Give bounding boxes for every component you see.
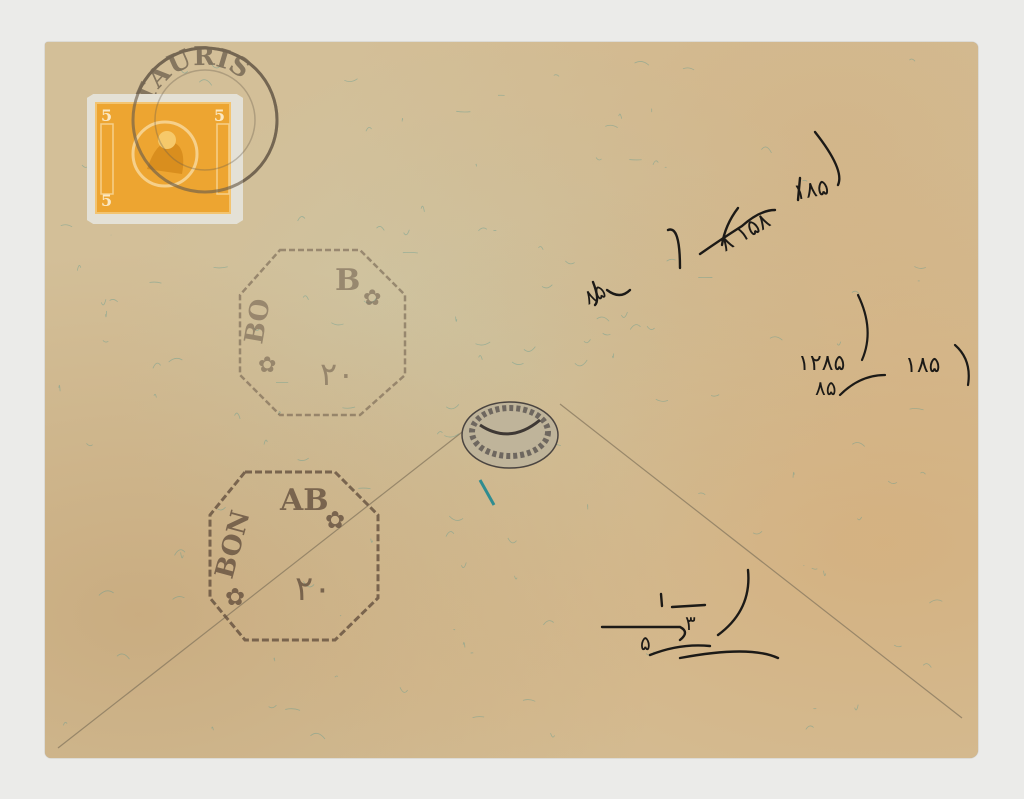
svg-text:B: B xyxy=(335,263,360,298)
svg-text:✿: ✿ xyxy=(325,506,345,534)
bonab-postmark-upper: B BO ۲۰ ✿ ✿ xyxy=(239,250,405,415)
svg-text:۲۰: ۲۰ xyxy=(320,355,354,393)
svg-text:BON: BON xyxy=(210,508,257,582)
handwriting-bottom-text: ۳ xyxy=(685,611,696,635)
svg-text:۵: ۵ xyxy=(640,631,651,655)
svg-text:۱۸۵: ۱۸۵ xyxy=(792,175,831,206)
svg-text:✿: ✿ xyxy=(225,583,245,611)
svg-text:AB: AB xyxy=(279,483,329,518)
svg-text:✿: ✿ xyxy=(363,286,381,311)
stamp-denomination-bl: 5 xyxy=(101,191,112,210)
handwriting-right-text: ۱۲۸۵ xyxy=(798,351,845,376)
postage-stamp: 5 5 5 xyxy=(87,94,243,224)
lion-and-sun-icon xyxy=(97,104,233,216)
handwriting-top-text: ۸ ۱۵۸ xyxy=(716,208,776,257)
svg-text:۸۵: ۸۵ xyxy=(580,279,610,310)
svg-text:BO: BO xyxy=(239,297,276,347)
svg-text:۲۰: ۲۰ xyxy=(295,569,332,609)
stamp-denomination-tl: 5 xyxy=(101,106,112,125)
stamp-design: 5 5 5 xyxy=(95,102,231,214)
wax-seal xyxy=(462,402,558,468)
blue-pencil-mark xyxy=(480,480,494,505)
bonab-postmark-lower: AB BON ۲۰ ✿ ✿ xyxy=(210,472,378,640)
svg-text:✿: ✿ xyxy=(258,353,276,378)
handwriting-top xyxy=(593,132,839,305)
handwriting-right xyxy=(840,295,969,395)
svg-text:۸۵: ۸۵ xyxy=(815,376,836,400)
stamp-denomination-tr: 5 xyxy=(214,106,225,125)
svg-text:۱۸۵: ۱۸۵ xyxy=(905,353,940,378)
